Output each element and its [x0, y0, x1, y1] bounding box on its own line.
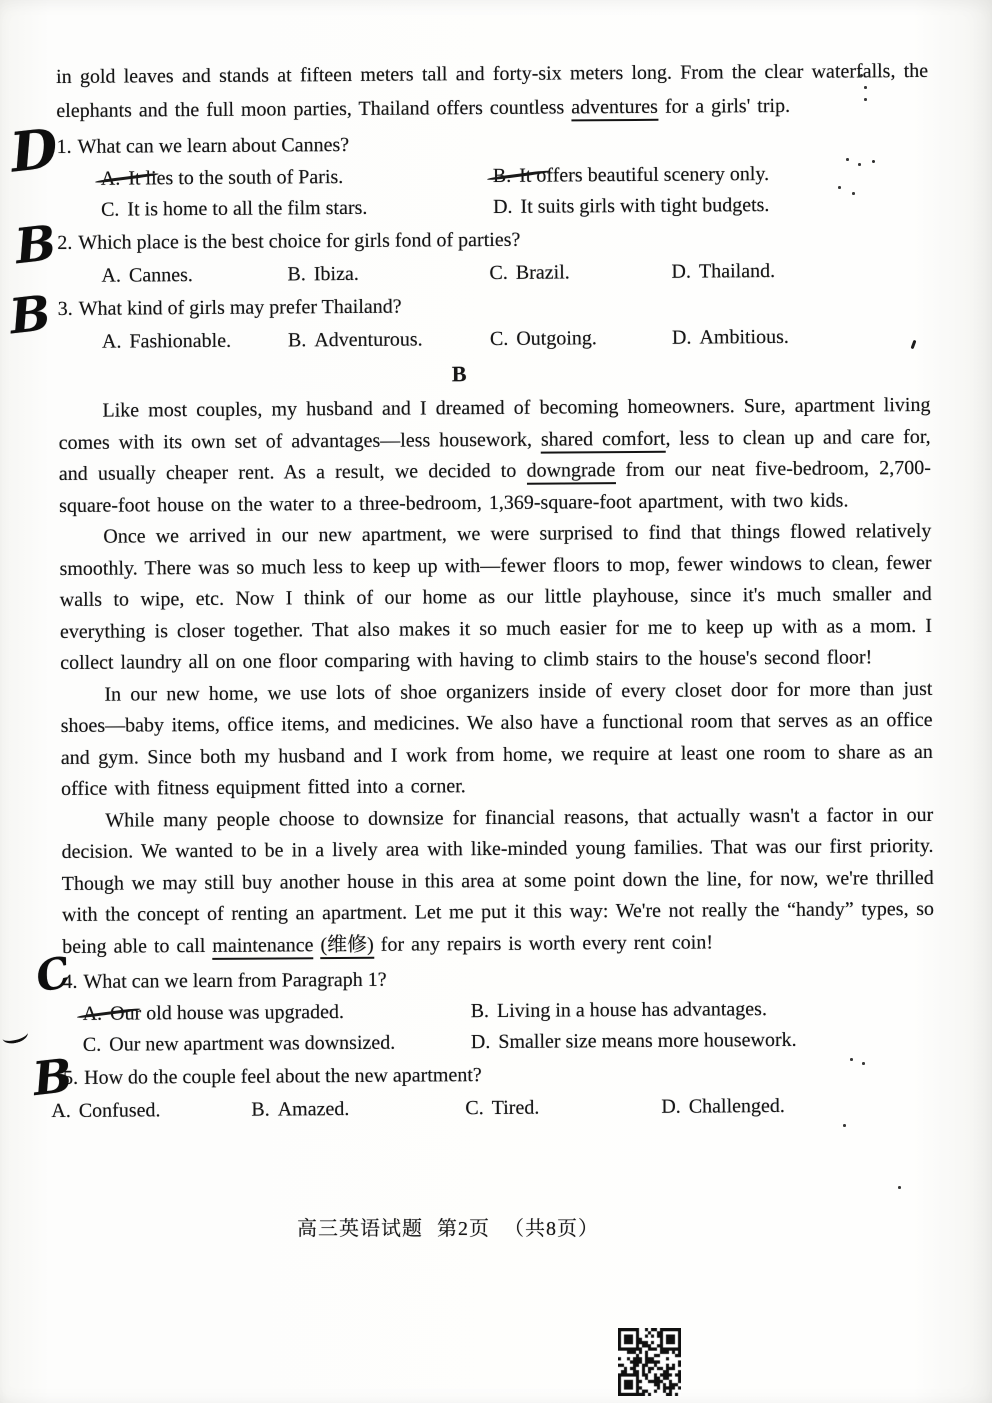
option-text: Living in a house has advantages. [497, 998, 767, 1022]
question-text: What kind of girls may prefer Thailand? [79, 296, 402, 320]
option-text: Outgoing. [516, 327, 597, 350]
passage-paragraph: In our new home, we use lots of shoe org… [60, 673, 933, 805]
page-content: in gold leaves and stands at fifteen met… [56, 54, 935, 1125]
questions-section-b: C4.What can we learn from Paragraph 1?A.… [62, 962, 935, 1125]
option-label: B. [251, 1099, 269, 1121]
options-row: A.It lies to the south of Paris.B.It off… [57, 159, 929, 224]
option-A: A.Cannes. [101, 260, 287, 289]
option-label: D. [661, 1096, 681, 1118]
question-stem: D1.What can we learn about Cannes? [57, 127, 929, 162]
option-C: C.It is home to all the film stars. [101, 193, 493, 224]
footer-doc-title: 高三英语试题 [297, 1218, 423, 1240]
option-text: Brazil. [516, 261, 570, 283]
scan-speck [864, 98, 867, 101]
question-text: How do the couple feel about the new apa… [84, 1064, 482, 1089]
options-row: A.Confused.B.Amazed.C.Tired.D.Challenged… [51, 1091, 935, 1125]
question: C4.What can we learn from Paragraph 1?A.… [62, 962, 935, 1059]
option-C: C.Brazil. [489, 258, 671, 287]
underlined-word: shared comfort [541, 427, 666, 453]
question-number: 3. [58, 298, 73, 320]
question: D1.What can we learn about Cannes?A.It l… [57, 127, 930, 224]
option-label: D. [493, 196, 513, 218]
option-text: Our old house was upgraded. [110, 1001, 344, 1025]
scan-speck [858, 163, 861, 166]
options-row: A.Our old house was upgraded.B.Living in… [63, 994, 935, 1059]
option-C: C.Our new apartment was downsized. [83, 1028, 471, 1059]
question-stem: C4.What can we learn from Paragraph 1? [62, 962, 934, 997]
option-C: C.Outgoing. [490, 324, 672, 353]
handwritten-answer-mark: B [13, 219, 59, 271]
question-text: Which place is the best choice for girls… [78, 229, 520, 254]
option-text: It suits girls with tight budgets. [520, 194, 769, 218]
question-stem: B5.How do the couple feel about the new … [63, 1058, 935, 1093]
footer-page-total: （共8页） [504, 1218, 599, 1240]
question-stem: B3.What kind of girls may prefer Thailan… [58, 289, 930, 324]
underlined-word: maintenance [212, 934, 313, 960]
option-D: D.Challenged. [661, 1091, 935, 1121]
option-B: B.Amazed. [251, 1094, 465, 1123]
passage-a-ending: in gold leaves and stands at fifteen met… [56, 54, 928, 128]
option-label: B. [288, 329, 306, 351]
option-text: Confused. [79, 1099, 161, 1122]
option-C: C.Tired. [465, 1093, 661, 1122]
option-text: Our new apartment was downsized. [109, 1032, 395, 1056]
underlined-word: adventures [571, 96, 658, 122]
option-text: Adventurous. [314, 328, 422, 351]
options-row: A.Cannes.B.Ibiza.C.Brazil.D.Thailand. [57, 256, 929, 290]
question: B3.What kind of girls may prefer Thailan… [58, 289, 930, 356]
question-stem: B2.Which place is the best choice for gi… [57, 223, 929, 258]
option-text: It offers beautiful scenery only. [519, 163, 769, 187]
option-text: Thailand. [699, 260, 775, 283]
option-B: B.It offers beautiful scenery only. [493, 159, 929, 190]
option-B: B.Adventurous. [288, 325, 490, 354]
option-label: B. [471, 1000, 489, 1022]
option-D: D.Ambitious. [672, 322, 930, 352]
qr-code [618, 1328, 681, 1396]
option-text: It lies to the south of Paris. [128, 166, 343, 190]
scan-speck [852, 192, 855, 195]
option-text: Ibiza. [314, 263, 359, 285]
passage-paragraph: Like most couples, my husband and I drea… [58, 390, 931, 522]
option-label: C. [490, 328, 508, 350]
option-label: D. [471, 1031, 491, 1053]
scan-pen-curve [1, 1025, 30, 1046]
text-run: in gold leaves and stands at fifteen met… [56, 60, 928, 122]
underlined-word: downgrade [526, 459, 615, 485]
text-run: for any repairs is worth every rent coin… [374, 931, 713, 955]
scanned-exam-page: in gold leaves and stands at fifteen met… [0, 0, 992, 1403]
underlined-word: (维修) [320, 933, 374, 958]
option-D: D.Thailand. [671, 256, 929, 286]
page-footer: 高三英语试题第2页（共8页） [248, 1212, 648, 1241]
scan-speck [898, 1186, 901, 1189]
option-text: Challenged. [689, 1095, 785, 1118]
scan-speck [846, 158, 849, 161]
option-label: C. [83, 1034, 101, 1056]
option-label: C. [489, 262, 507, 284]
text-run: In our new home, we use lots of shoe org… [61, 677, 933, 800]
option-label: B. [287, 263, 305, 285]
text-run: Once we arrived in our new apartment, we… [59, 520, 932, 674]
passage-paragraph: Once we arrived in our new apartment, we… [59, 516, 932, 680]
section-b-heading: B [58, 358, 860, 390]
question: B5.How do the couple feel about the new … [63, 1058, 935, 1125]
handwritten-answer-mark: B [31, 1052, 75, 1102]
option-D: D.It suits girls with tight budgets. [493, 190, 929, 221]
option-label: D. [672, 327, 692, 349]
handwritten-answer-mark: D [8, 121, 61, 180]
options-row: A.Fashionable.B.Adventurous.C.Outgoing.D… [58, 322, 930, 356]
option-text: Ambitious. [699, 326, 789, 349]
option-A: A.It lies to the south of Paris. [101, 162, 493, 193]
scan-speck [864, 86, 867, 89]
scan-speck [860, 74, 863, 77]
option-B: B.Living in a house has advantages. [471, 994, 935, 1025]
footer-page-number: 第2页 [437, 1218, 490, 1240]
question-number: 2. [57, 232, 72, 254]
option-label: A. [51, 1100, 71, 1122]
scan-speck [850, 1058, 853, 1061]
option-A: A.Fashionable. [102, 326, 288, 355]
scan-speck [862, 1062, 865, 1065]
text-run: for a girls' trip. [658, 95, 790, 118]
option-text: Smaller size means more housework. [498, 1029, 796, 1053]
questions-section-a: D1.What can we learn about Cannes?A.It l… [57, 127, 931, 356]
option-label: D. [671, 261, 691, 283]
scan-speck [838, 186, 841, 189]
option-text: Fashionable. [129, 330, 231, 353]
option-text: It is home to all the film stars. [127, 197, 367, 221]
option-label: C. [101, 199, 119, 221]
option-B: B.Ibiza. [287, 259, 489, 288]
option-D: D.Smaller size means more housework. [471, 1025, 935, 1056]
passage-paragraph: While many people choose to downsize for… [61, 799, 934, 963]
question-text: What can we learn from Paragraph 1? [83, 969, 386, 993]
scan-speck [872, 160, 875, 163]
question: B2.Which place is the best choice for gi… [57, 223, 929, 290]
option-A: A.Our old house was upgraded. [83, 997, 471, 1028]
handwritten-answer-mark: B [7, 289, 53, 341]
passage-b: Like most couples, my husband and I drea… [58, 390, 934, 963]
option-label: C. [465, 1097, 483, 1119]
question-number: 1. [57, 136, 72, 158]
option-A: A.Confused. [51, 1096, 251, 1125]
option-text: Cannes. [129, 264, 193, 286]
question-text: What can we learn about Cannes? [78, 134, 350, 158]
option-text: Amazed. [278, 1098, 350, 1120]
option-label: A. [101, 265, 121, 287]
scan-speck [843, 1124, 846, 1127]
option-label: A. [102, 331, 122, 353]
option-text: Tired. [492, 1097, 540, 1119]
